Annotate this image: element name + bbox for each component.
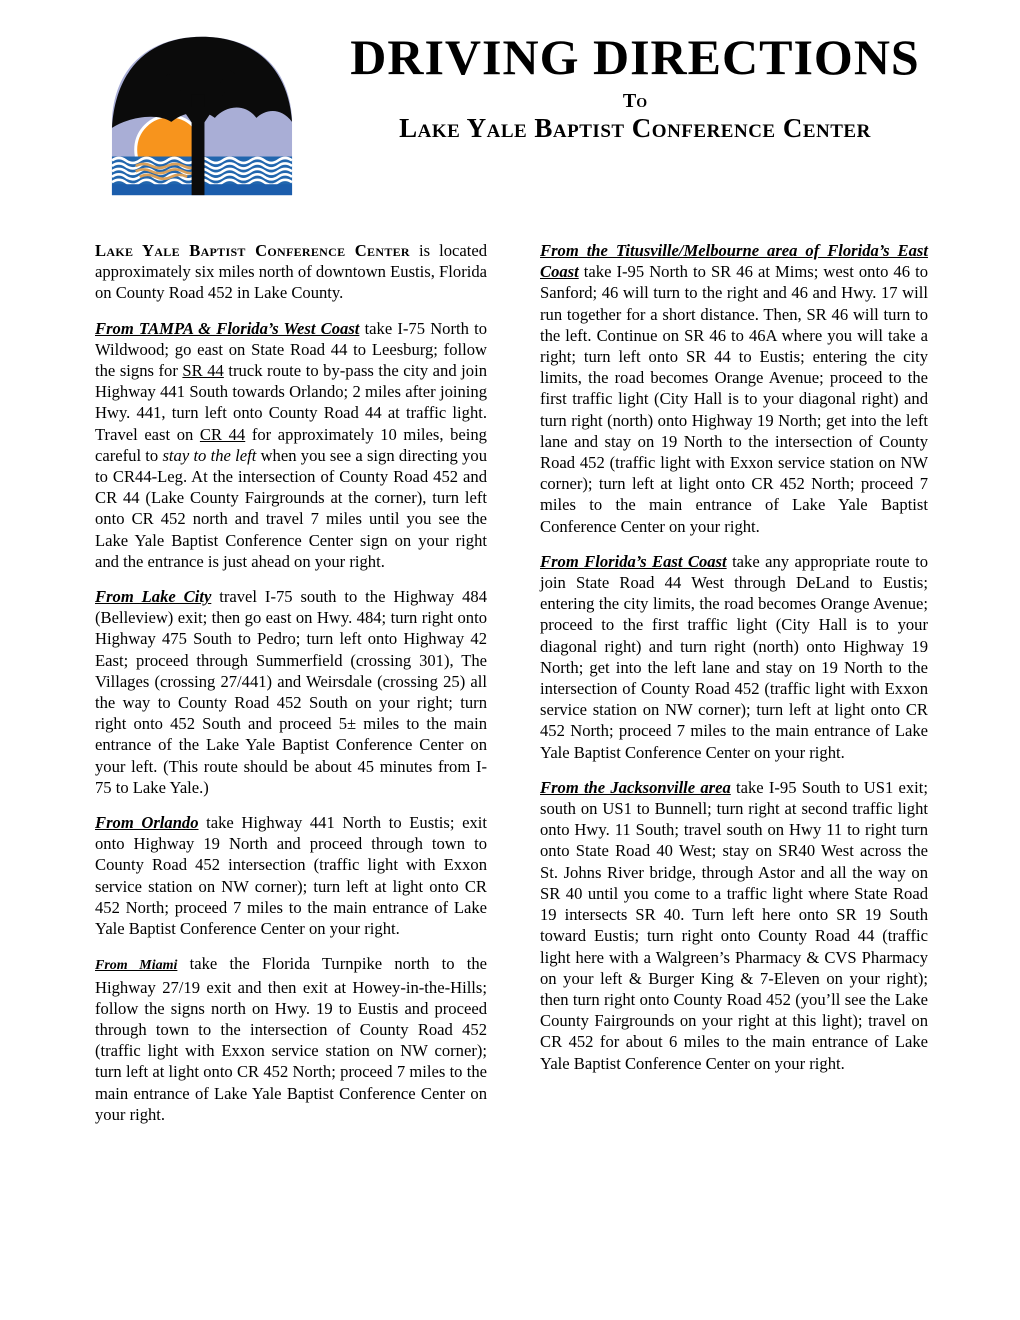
left-column: Lake Yale Baptist Conference Center is l… — [95, 240, 487, 1139]
directions-from-lake-city: From Lake City travel I-75 south to the … — [95, 586, 487, 798]
document-header: DRIVING DIRECTIONS To Lake Yale Baptist … — [0, 0, 1020, 220]
route-heading: From Orlando — [95, 813, 199, 832]
title-block: DRIVING DIRECTIONS To Lake Yale Baptist … — [315, 30, 955, 144]
directions-from-miami: From Miami take the Florida Turnpike nor… — [95, 953, 487, 1125]
directions-from-orlando: From Orlando take Highway 441 North to E… — [95, 812, 487, 939]
text-segment: take any appropriate route to join State… — [540, 552, 928, 762]
text-segment: take I-95 North to SR 46 at Mims; west o… — [540, 262, 928, 535]
venue-name: Lake Yale Baptist Conference Center — [315, 114, 955, 144]
route-heading: From Lake City — [95, 587, 211, 606]
text-segment: SR 44 — [182, 361, 223, 380]
route-heading: From the Jacksonville area — [540, 778, 731, 797]
directions-from-east-coast: From Florida’s East Coast take any appro… — [540, 551, 928, 763]
route-heading: From Miami — [95, 958, 177, 973]
route-heading: From TAMPA & Florida’s West Coast — [95, 319, 359, 338]
right-column: From the Titusville/Melbourne area of Fl… — [540, 240, 928, 1088]
directions-from-titusville-melbourne: From the Titusville/Melbourne area of Fl… — [540, 240, 928, 537]
lead-text: Lake Yale Baptist Conference Center — [95, 241, 410, 260]
text-segment: CR 44 — [200, 425, 245, 444]
lake-yale-logo — [108, 26, 296, 196]
title-connector: To — [315, 91, 955, 111]
page-title: DRIVING DIRECTIONS — [315, 30, 955, 84]
text-segment: take the Florida Turnpike north to the H… — [95, 954, 487, 1123]
route-heading: From Florida’s East Coast — [540, 552, 727, 571]
text-segment: travel I-75 south to the Highway 484 (Be… — [95, 587, 487, 797]
intro-paragraph: Lake Yale Baptist Conference Center is l… — [95, 240, 487, 304]
document-page: DRIVING DIRECTIONS To Lake Yale Baptist … — [0, 0, 1020, 1320]
text-segment: stay to the left — [162, 446, 256, 465]
text-segment: take I-95 South to US1 exit; south on US… — [540, 778, 928, 1073]
directions-from-tampa: From TAMPA & Florida’s West Coast take I… — [95, 318, 487, 572]
directions-from-jacksonville: From the Jacksonville area take I-95 Sou… — [540, 777, 928, 1074]
